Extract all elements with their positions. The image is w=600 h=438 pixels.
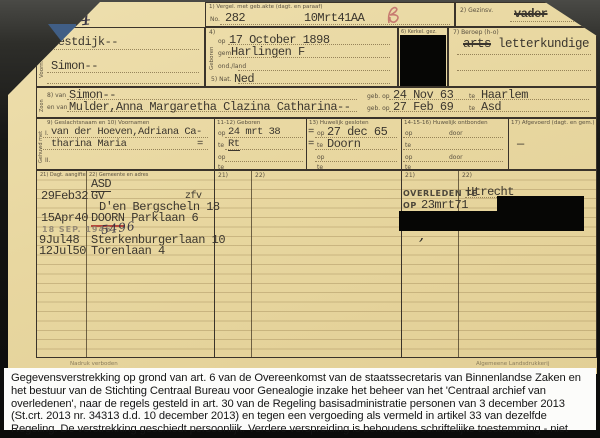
marriage-divider-3: [401, 119, 402, 169]
card-footer-left: Nadruk verboden: [70, 361, 118, 367]
dissolved-door-label: door: [449, 130, 463, 137]
address-street: Parklaan 6: [125, 211, 199, 225]
profession-value: arts letterkundige: [463, 37, 589, 51]
marriage-row1-numeral: I.: [45, 130, 49, 137]
married-op2-label: op: [317, 154, 324, 161]
name-ruled-line-1: [47, 49, 199, 50]
parents-en-van-label: en van: [47, 104, 67, 111]
born-op2-label: op: [218, 154, 225, 161]
marriage-ruled-b: [43, 149, 208, 150]
birth-ruled-line-3: [238, 70, 390, 71]
father-geb-op-label: geb. op: [367, 93, 390, 100]
nationality-label: 5) Nat.: [211, 76, 232, 83]
paraaf-mark-icon: [384, 4, 404, 26]
ink-comma-mark: ,: [419, 225, 424, 244]
death-redaction-upper: [497, 196, 584, 211]
col21-header-b: 21): [405, 172, 415, 179]
address-date-6: 12Jul50: [39, 244, 86, 258]
card-footer-right: Algemeene Landsdrukkerij: [476, 361, 549, 367]
birth-ruled-line-1: [228, 44, 390, 45]
profession-struck-value: arts: [463, 37, 491, 51]
born-ruled-c: [225, 161, 303, 162]
name-ruled-line-3: [47, 83, 199, 84]
dissolved-ruled-c: [403, 161, 503, 162]
marriage-ruled-a: [43, 137, 208, 138]
address-divider-heavy-1: [214, 171, 215, 357]
persoonskaart: 4 1) Vergel. met geb.akte (dagt. en para…: [8, 2, 597, 374]
marriage-removed-header: 17) Afgevoerd (dagt. en gem.): [511, 120, 595, 126]
col22-header-b: 22): [462, 172, 472, 179]
scanned-document-scene: 4 1) Vergel. met geb.akte (dagt. en para…: [0, 0, 600, 438]
field1-no-label: No.: [210, 16, 220, 23]
profession-box: 7) Beroep (h-o) arts letterkundige: [448, 27, 597, 87]
born-ruled-b: [225, 149, 303, 150]
church-redaction: [400, 35, 446, 86]
birth-region-label: ond./land: [218, 63, 246, 70]
married-op-label: op: [317, 130, 324, 137]
death-date: 23mrt71: [421, 198, 468, 212]
married-eq1: =: [308, 126, 314, 138]
address-date-1: 29Feb32: [41, 189, 88, 203]
name-ruled-line-2: [47, 72, 199, 73]
marriage-divider-1: [214, 119, 215, 169]
parents-ruled-line-1: [67, 99, 357, 100]
birth-op-label: op: [218, 38, 225, 45]
provenance-caption: Gegevensverstrekking op grond van art. 6…: [4, 368, 596, 430]
profession-label: 7) Beroep (h-o): [453, 29, 499, 36]
parents-box: Zoon 8) van en van Simon-- Mulder,Anna M…: [36, 87, 597, 118]
dissolved-door2-label: door: [449, 154, 463, 161]
col21-header-a: 21): [218, 172, 228, 179]
birth-side-label: Geboren: [209, 46, 215, 70]
marriage-side-label: Gehuwd met: [38, 131, 44, 163]
parents-ruled-line-4: [389, 111, 589, 112]
birth-box: 4) Geboren op 17 October 1898 gem. Harli…: [205, 27, 398, 87]
dissolved-ruled-a: [403, 137, 503, 138]
marriage-divider-4: [508, 119, 509, 169]
field1-label: 1) Vergel. met geb.akte (dagt. en paraaf…: [209, 4, 323, 10]
parents-van-label: 8) van: [47, 92, 66, 99]
parents-side-label: Zoon: [39, 99, 45, 112]
married-te-label: te: [317, 142, 323, 149]
marriage-row2-numeral: II.: [45, 157, 50, 164]
birth-field-number: 4): [209, 29, 215, 36]
address-divider-light-2: [251, 171, 252, 357]
profession-ruled-line-2: [457, 70, 591, 71]
born-te-label: te: [218, 142, 224, 149]
given-name-value: Simon--: [51, 59, 98, 73]
address-date-header: 21) Dagt. aangifte: [40, 172, 86, 178]
marriage-box: Gehuwd met 9) Geslachtsnaam en 10) Voorn…: [36, 118, 597, 170]
field2-ruled-line: [510, 21, 594, 22]
birth-ruled-line-2: [228, 57, 390, 58]
address-section: 21) Dagt. aangifte 22) Gemeente en adres…: [36, 170, 597, 358]
removed-dash-mark: —: [517, 137, 524, 151]
field2-label: 2) Gezinsv.: [460, 7, 493, 14]
overleden-op-label: OP: [403, 201, 417, 210]
col22-header-a: 22): [255, 172, 265, 179]
address-date-3: 15Apr40: [41, 211, 88, 225]
profession-current-value: letterkundige: [498, 37, 589, 51]
dissolved-te-label: te: [405, 142, 411, 149]
profession-ruled-line-1: [457, 54, 591, 55]
surname-side-label: Gesl. nm.: [39, 26, 45, 52]
field1-box: 1) Vergel. met geb.akte (dagt. en paraaf…: [205, 2, 455, 27]
field1-ruled-line: [220, 24, 450, 25]
dissolved-op2-label: op: [405, 154, 412, 161]
field1-stamp-value: 10Mrt41AA: [304, 11, 364, 25]
married-ruled-b: [315, 149, 397, 150]
parents-ruled-line-3: [389, 99, 589, 100]
born-ruled-a: [225, 137, 303, 138]
field2-box: 2) Gezinsv. vader: [455, 2, 597, 27]
mother-geb-op-label: geb. op: [367, 105, 390, 112]
marriage-divider-2: [306, 119, 307, 169]
marriage-dissolved-header: 14-15-16) Huwelijk ontbonden: [404, 120, 488, 126]
dissolved-op-label: op: [405, 130, 412, 137]
birth-ruled-line-4: [238, 83, 390, 84]
address-divider-heavy-2: [401, 171, 402, 357]
parents-ruled-line-2: [67, 111, 357, 112]
given-side-label: Voorn.: [39, 61, 45, 78]
married-ruled-c: [315, 161, 397, 162]
field1-no-value: 282: [225, 11, 245, 25]
address-row-6: Torenlaan 4: [91, 244, 165, 258]
death-redaction-lower: [399, 211, 584, 231]
married-ruled-a: [315, 137, 397, 138]
field2-value: vader: [514, 7, 548, 21]
church-box: 6) Kerkel. gez.: [398, 27, 448, 87]
dissolved-ruled-b: [403, 149, 503, 150]
married-eq2: =: [308, 138, 314, 150]
born-op-label: op: [218, 130, 225, 137]
